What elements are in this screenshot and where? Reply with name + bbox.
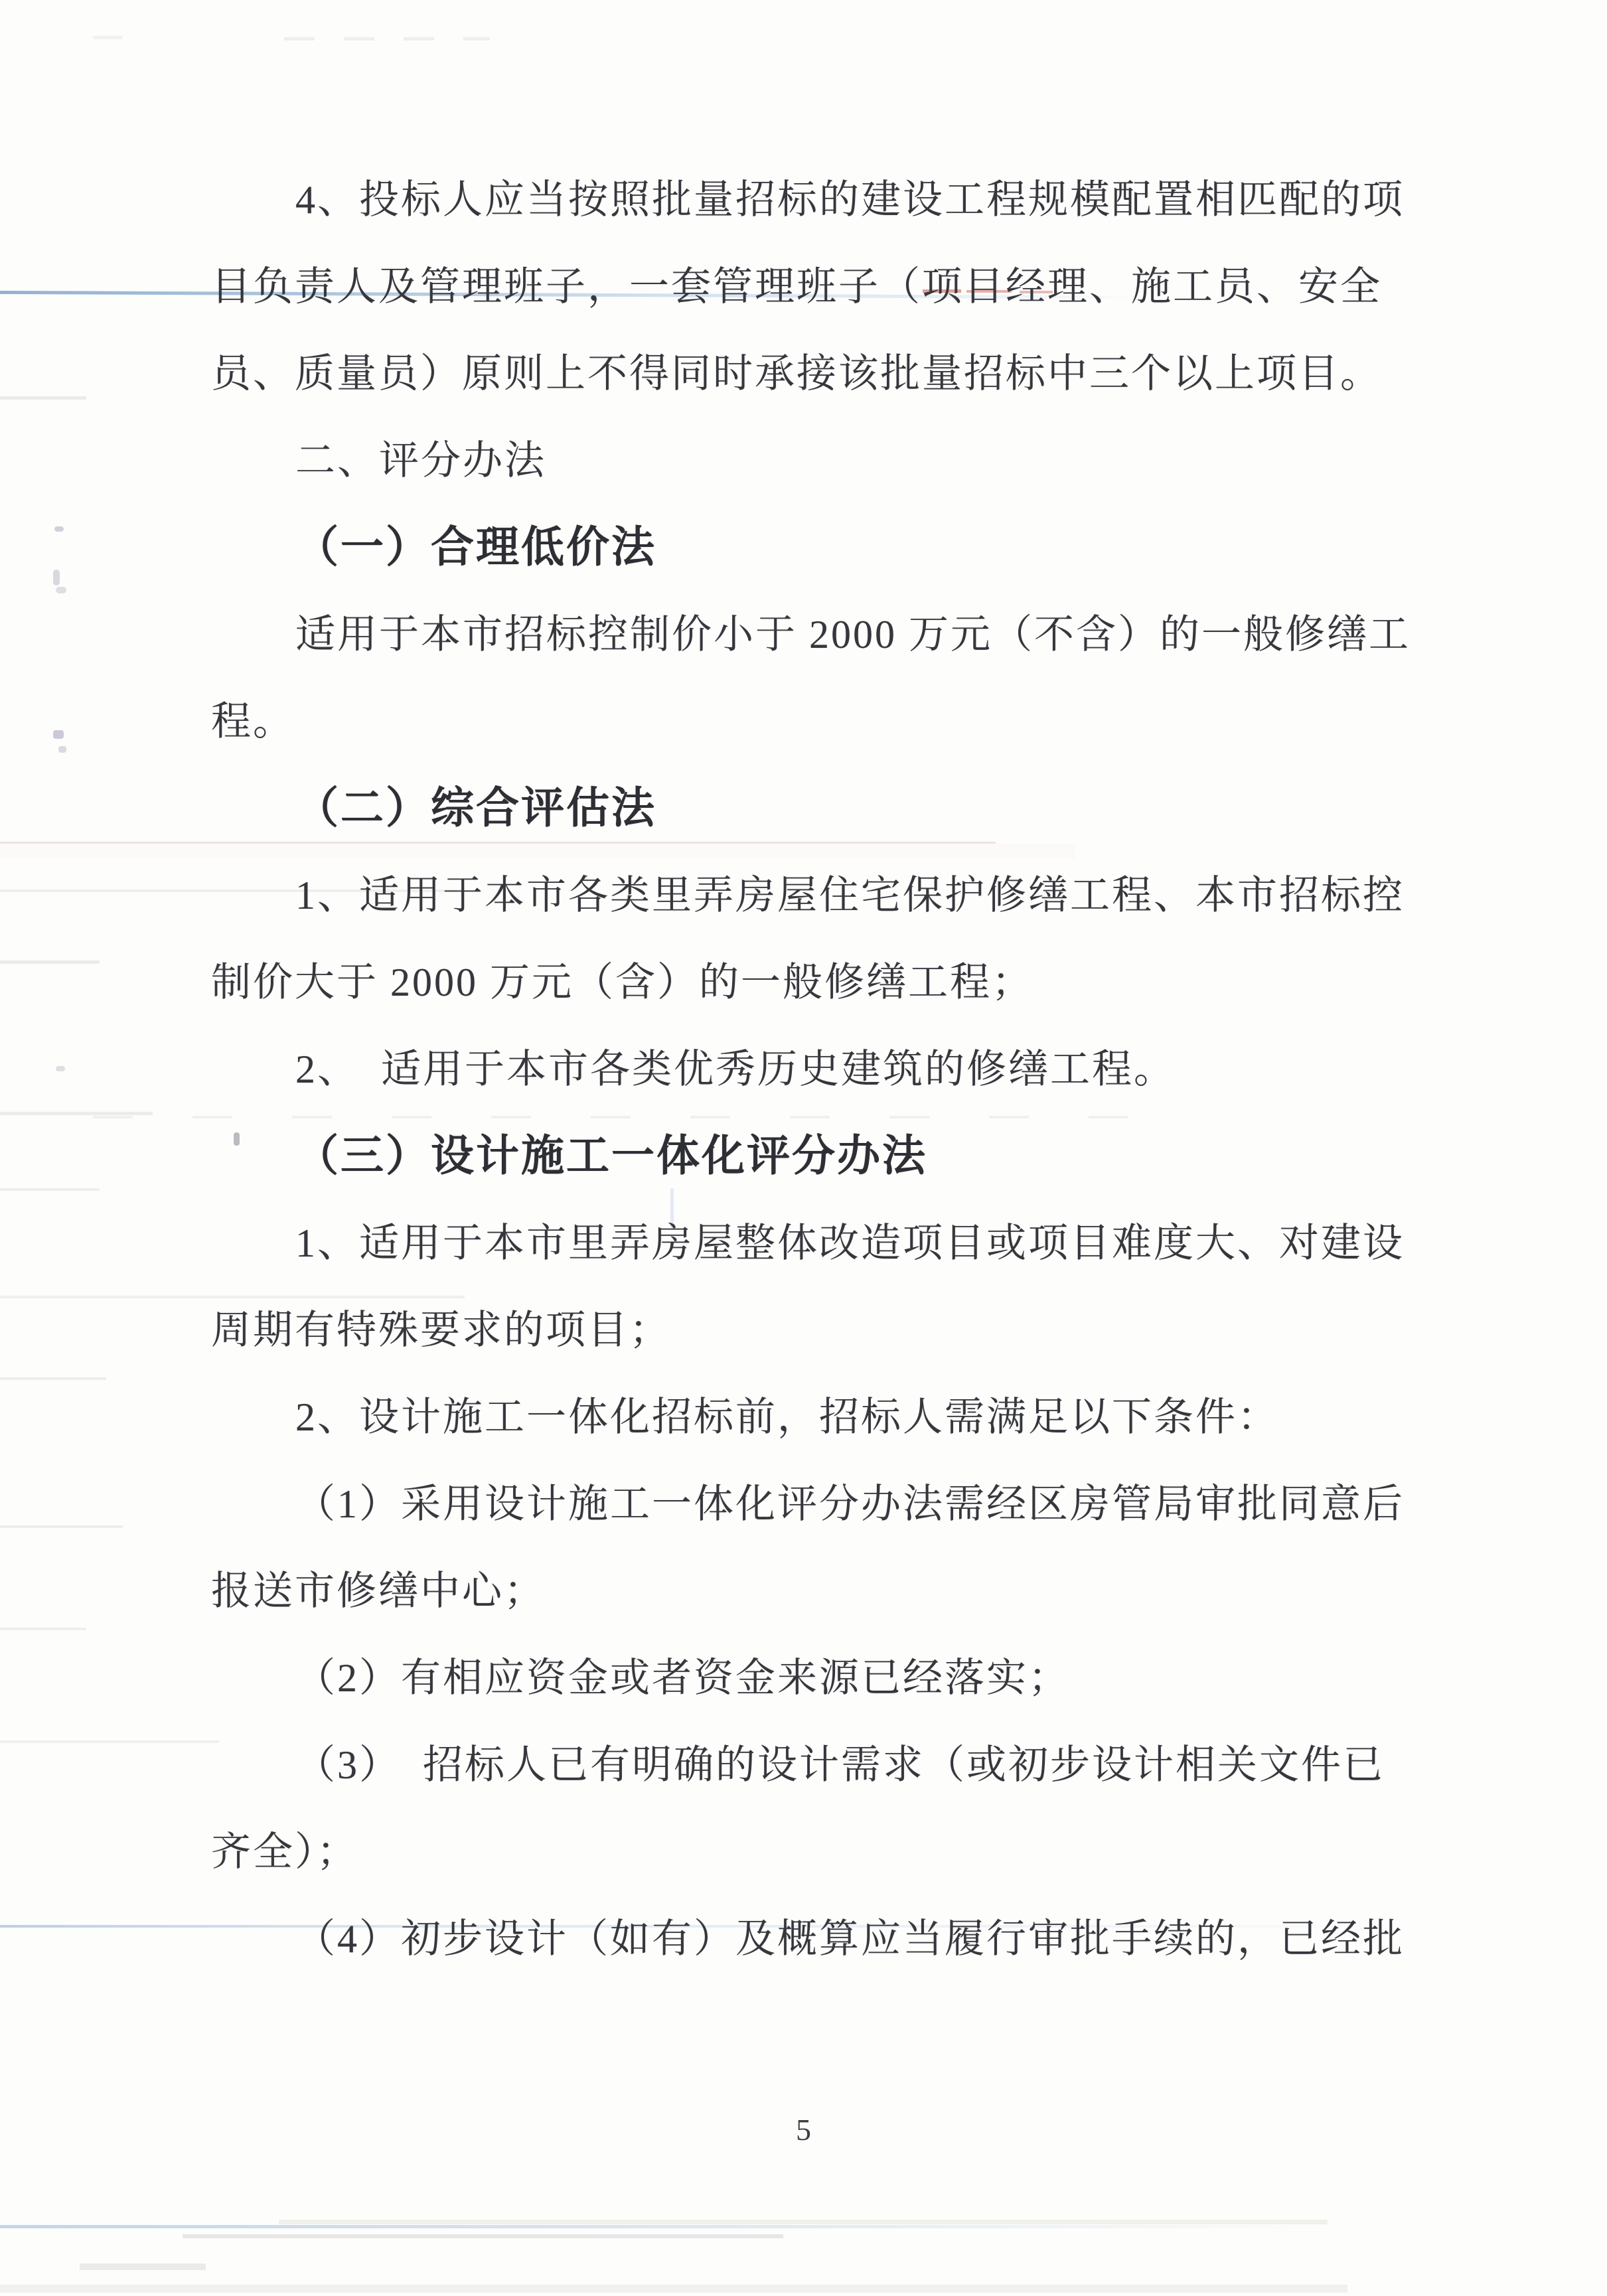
scan-artifact-top-dash-row (284, 37, 490, 40)
doc-line-continuation: 报送市修缮中心； (211, 1548, 1459, 1635)
doc-line-continuation: 程。 (211, 678, 1459, 765)
doc-line-paragraph: 2、 适用于本市各类优秀历史建筑的修缮工程。 (211, 1026, 1459, 1113)
doc-line-subsection-heading: （二）综合评估法 (211, 765, 1459, 852)
document-page: 4、投标人应当按照批量招标的建设工程规模配置相匹配的项 目负责人及管理班子，一套… (0, 0, 1607, 2296)
scan-artifact-speck (56, 587, 66, 593)
doc-line-continuation: 制价大于 2000 万元（含）的一般修缮工程； (211, 939, 1459, 1026)
scan-artifact-margin-dash (0, 1188, 100, 1191)
scan-artifact-blue-line-bottom (0, 2225, 1334, 2228)
scan-artifact-speck (58, 746, 66, 753)
doc-line-paragraph: 1、适用于本市各类里弄房屋住宅保护修缮工程、本市招标控 (211, 852, 1459, 939)
scan-artifact-margin-dash (0, 1740, 219, 1743)
scan-artifact-margin-dash (0, 396, 86, 400)
doc-line-paragraph: （1）采用设计施工一体化评分办法需经区房管局审批同意后 (211, 1461, 1459, 1548)
doc-line-paragraph: （4）初步设计（如有）及概算应当履行审批手续的，已经批 (211, 1896, 1459, 1983)
scan-artifact-margin-dash (0, 1525, 123, 1528)
page-number: 5 (0, 2112, 1607, 2147)
scan-artifact-margin-dash (0, 960, 100, 964)
document-body: 4、投标人应当按照批量招标的建设工程规模配置相匹配的项 目负责人及管理班子，一套… (211, 157, 1459, 1983)
doc-line-section-heading: 二、评分办法 (211, 418, 1459, 504)
scan-artifact-margin-dash (0, 1628, 86, 1630)
scan-artifact-speck (54, 526, 64, 532)
scan-artifact-speck (53, 730, 64, 739)
doc-line-continuation: 目负责人及管理班子，一套管理班子（项目经理、施工员、安全 (211, 244, 1459, 331)
doc-line-continuation: 齐全）； (211, 1809, 1459, 1896)
scan-artifact-margin-dash (0, 1377, 106, 1380)
scan-artifact-speck (56, 1066, 65, 1071)
scan-artifact-smudge (279, 2220, 1328, 2224)
doc-line-paragraph: 1、适用于本市里弄房屋整体改造项目或项目难度大、对建设 (211, 1200, 1459, 1287)
doc-line-subsection-heading: （三）设计施工一体化评分办法 (211, 1113, 1459, 1200)
scan-artifact-speck (53, 570, 60, 585)
doc-line-paragraph: （3） 招标人已有明确的设计需求（或初步设计相关文件已 (211, 1722, 1459, 1809)
doc-line-subsection-heading: （一）合理低价法 (211, 504, 1459, 591)
scan-artifact-margin-dash (0, 1112, 153, 1115)
doc-line-paragraph: （2）有相应资金或者资金来源已经落实； (211, 1635, 1459, 1722)
doc-line-paragraph: 适用于本市招标控制价小于 2000 万元（不含）的一般修缮工 (211, 591, 1459, 678)
doc-line-paragraph: 2、设计施工一体化招标前，招标人需满足以下条件： (211, 1374, 1459, 1461)
doc-line-continuation: 周期有特殊要求的项目； (211, 1287, 1459, 1374)
scan-artifact-smudge (183, 2234, 783, 2238)
scan-artifact-top-dash (93, 36, 122, 39)
doc-line-continuation: 员、质量员）原则上不得同时承接该批量招标中三个以上项目。 (211, 331, 1459, 418)
scan-artifact-smudge (80, 2263, 206, 2270)
scan-artifact-bottom-streak (0, 2285, 1347, 2293)
doc-line-paragraph: 4、投标人应当按照批量招标的建设工程规模配置相匹配的项 (211, 157, 1459, 244)
